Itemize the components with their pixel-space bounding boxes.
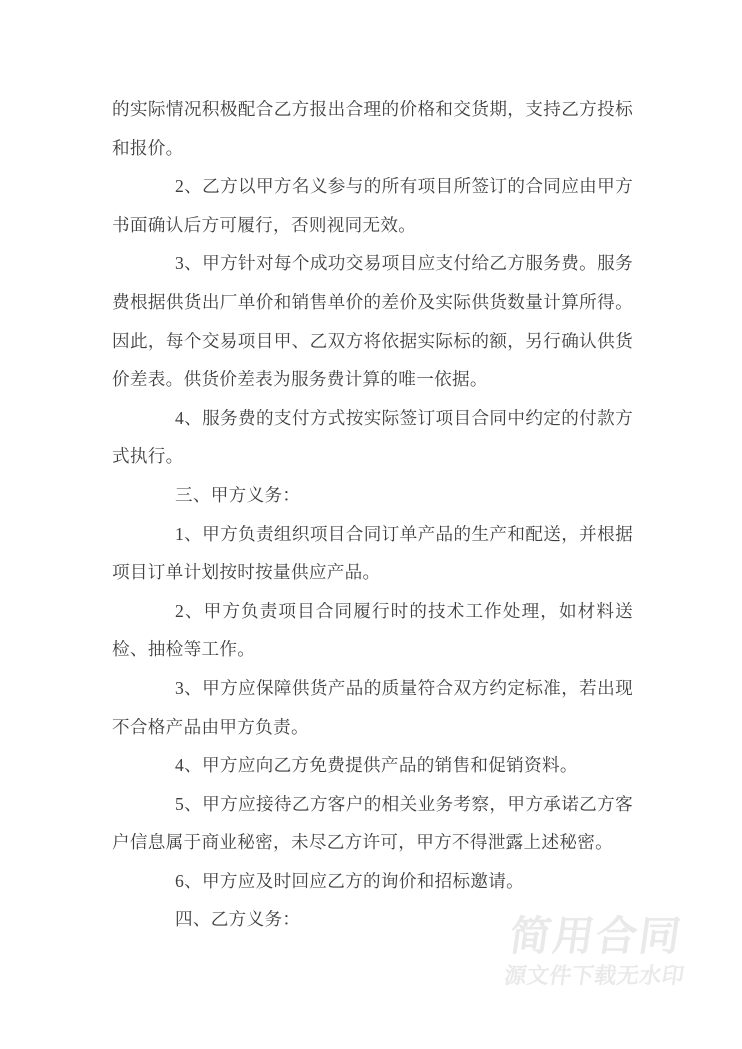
paragraph: 的实际情况积极配合乙方报出合理的价格和交货期，支持乙方投标和报价。 bbox=[112, 90, 633, 167]
paragraph: 三、甲方义务： bbox=[112, 476, 633, 515]
paragraph: 4、服务费的支付方式按实际签订项目合同中约定的付款方式执行。 bbox=[112, 399, 633, 476]
paragraph: 2、乙方以甲方名义参与的所有项目所签订的合同应由甲方书面确认后方可履行，否则视同… bbox=[112, 167, 633, 244]
paragraph: 3、甲方应保障供货产品的质量符合双方约定标准，若出现不合格产品由甲方负责。 bbox=[112, 669, 633, 746]
watermark: 简用合同 源文件下载无水印 bbox=[503, 912, 694, 989]
paragraph: 3、甲方针对每个成功交易项目应支付给乙方服务费。服务费根据供货出厂单价和销售单价… bbox=[112, 244, 633, 398]
watermark-title: 简用合同 bbox=[507, 912, 694, 960]
contract-document-page: 的实际情况积极配合乙方报出合理的价格和交货期，支持乙方投标和报价。2、乙方以甲方… bbox=[0, 0, 742, 1049]
document-body: 的实际情况积极配合乙方报出合理的价格和交货期，支持乙方投标和报价。2、乙方以甲方… bbox=[112, 90, 633, 939]
paragraph: 4、甲方应向乙方免费提供产品的销售和促销资料。 bbox=[112, 746, 633, 785]
paragraph: 2、甲方负责项目合同履行时的技术工作处理，如材料送检、抽检等工作。 bbox=[112, 592, 633, 669]
paragraph: 5、甲方应接待乙方客户的相关业务考察，甲方承诺乙方客户信息属于商业秘密，未尽乙方… bbox=[112, 785, 633, 862]
watermark-subtitle: 源文件下载无水印 bbox=[503, 964, 687, 989]
paragraph: 1、甲方负责组织项目合同订单产品的生产和配送，并根据项目订单计划按时按量供应产品… bbox=[112, 515, 633, 592]
paragraph: 6、甲方应及时回应乙方的询价和招标邀请。 bbox=[112, 862, 633, 901]
